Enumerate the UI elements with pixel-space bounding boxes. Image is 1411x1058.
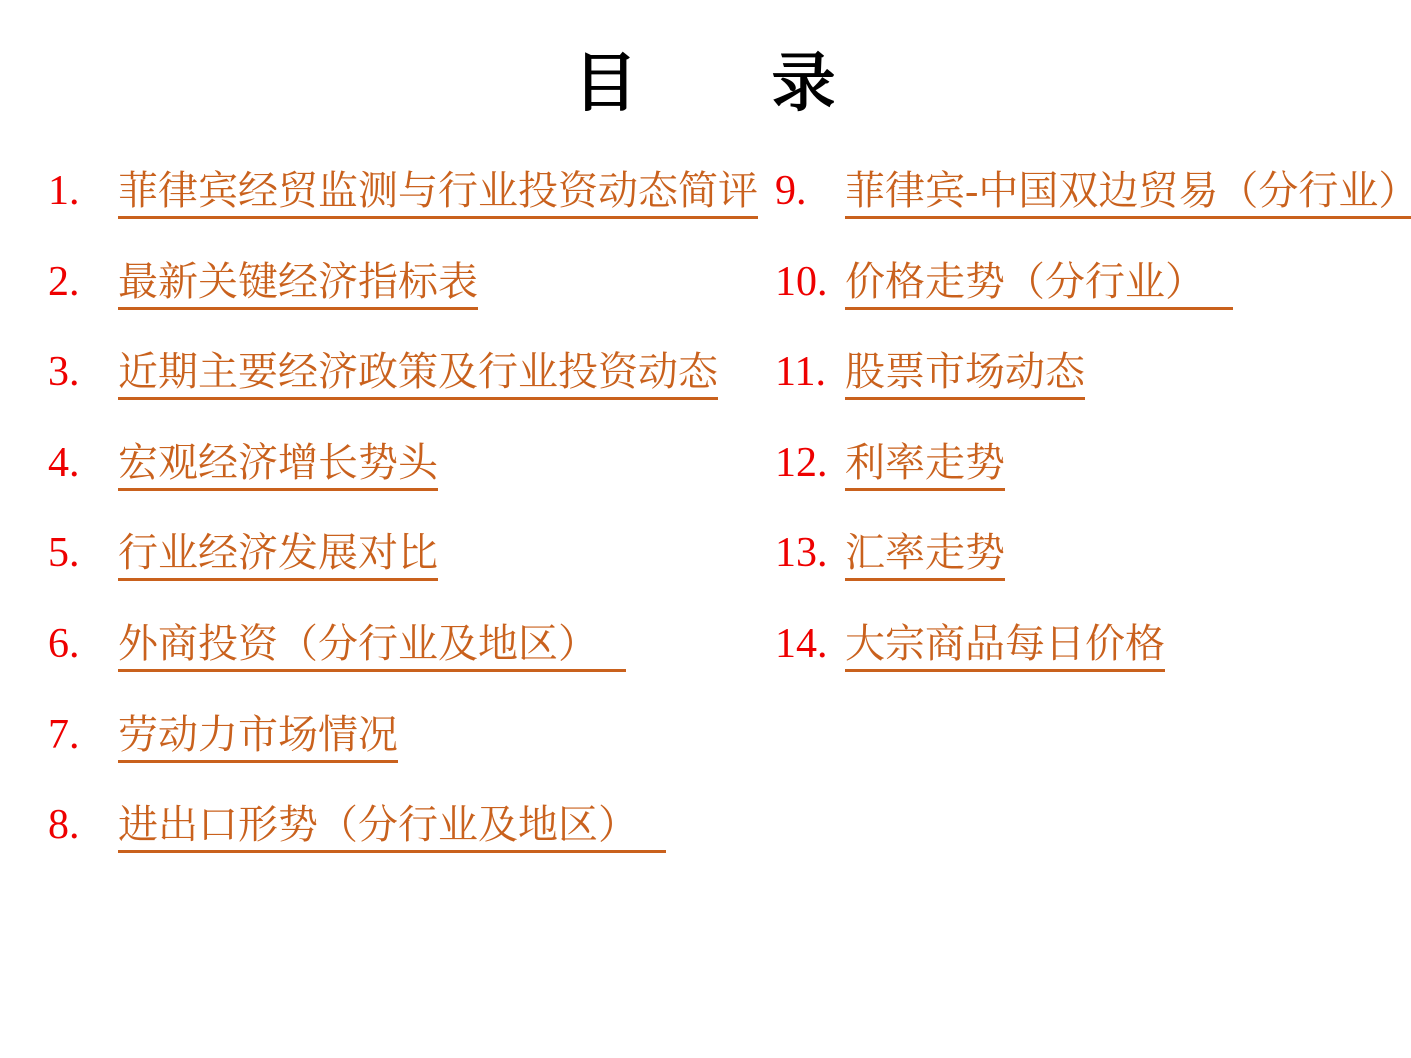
toc-link[interactable]: 菲律宾经贸监测与行业投资动态简评: [118, 169, 758, 219]
toc-item-number: 10.: [775, 259, 845, 305]
toc-item-number: 2.: [48, 259, 118, 305]
toc-item: 9.菲律宾-中国双边贸易（分行业）: [775, 168, 1411, 259]
toc-link[interactable]: 行业经济发展对比: [118, 531, 438, 581]
toc-item-number: 4.: [48, 440, 118, 486]
toc-item: 13.汇率走势: [775, 530, 1411, 621]
toc-item: 7.劳动力市场情况: [48, 712, 778, 803]
toc-item: 8.进出口形势（分行业及地区）: [48, 802, 778, 893]
toc-item-number: 9.: [775, 168, 845, 214]
toc-link[interactable]: 近期主要经济政策及行业投资动态: [118, 350, 718, 400]
toc-item-number: 1.: [48, 168, 118, 214]
toc-item: 1.菲律宾经贸监测与行业投资动态简评: [48, 168, 778, 259]
toc-link[interactable]: 价格走势（分行业）: [845, 260, 1233, 310]
toc-link[interactable]: 菲律宾-中国双边贸易（分行业）: [845, 169, 1411, 219]
toc-item: 2.最新关键经济指标表: [48, 259, 778, 350]
toc-link[interactable]: 外商投资（分行业及地区）: [118, 622, 626, 672]
toc-link[interactable]: 利率走势: [845, 441, 1005, 491]
toc-item-number: 13.: [775, 530, 845, 576]
toc-item: 11.股票市场动态: [775, 349, 1411, 440]
toc-slide: 目 录 1.菲律宾经贸监测与行业投资动态简评2.最新关键经济指标表3.近期主要经…: [0, 0, 1411, 1058]
toc-item-number: 3.: [48, 349, 118, 395]
toc-item-number: 12.: [775, 440, 845, 486]
toc-item: 14.大宗商品每日价格: [775, 621, 1411, 712]
toc-item: 10.价格走势（分行业）: [775, 259, 1411, 350]
toc-link[interactable]: 劳动力市场情况: [118, 713, 398, 763]
page-title: 目 录: [0, 32, 1411, 124]
toc-link[interactable]: 最新关键经济指标表: [118, 260, 478, 310]
toc-column-left: 1.菲律宾经贸监测与行业投资动态简评2.最新关键经济指标表3.近期主要经济政策及…: [48, 168, 778, 893]
toc-link[interactable]: 股票市场动态: [845, 350, 1085, 400]
toc-item: 6.外商投资（分行业及地区）: [48, 621, 778, 712]
toc-item-number: 7.: [48, 712, 118, 758]
toc-item-number: 14.: [775, 621, 845, 667]
toc-link[interactable]: 大宗商品每日价格: [845, 622, 1165, 672]
toc-item: 4.宏观经济增长势头: [48, 440, 778, 531]
toc-item: 3.近期主要经济政策及行业投资动态: [48, 349, 778, 440]
toc-item: 12.利率走势: [775, 440, 1411, 531]
toc-link[interactable]: 宏观经济增长势头: [118, 441, 438, 491]
toc-item-number: 8.: [48, 802, 118, 848]
toc-item-number: 5.: [48, 530, 118, 576]
toc-item-number: 11.: [775, 349, 845, 395]
toc-link[interactable]: 汇率走势: [845, 531, 1005, 581]
toc-column-right: 9.菲律宾-中国双边贸易（分行业）10.价格走势（分行业）11.股票市场动态12…: [775, 168, 1411, 712]
toc-link[interactable]: 进出口形势（分行业及地区）: [118, 803, 666, 853]
toc-item-number: 6.: [48, 621, 118, 667]
toc-item: 5.行业经济发展对比: [48, 530, 778, 621]
